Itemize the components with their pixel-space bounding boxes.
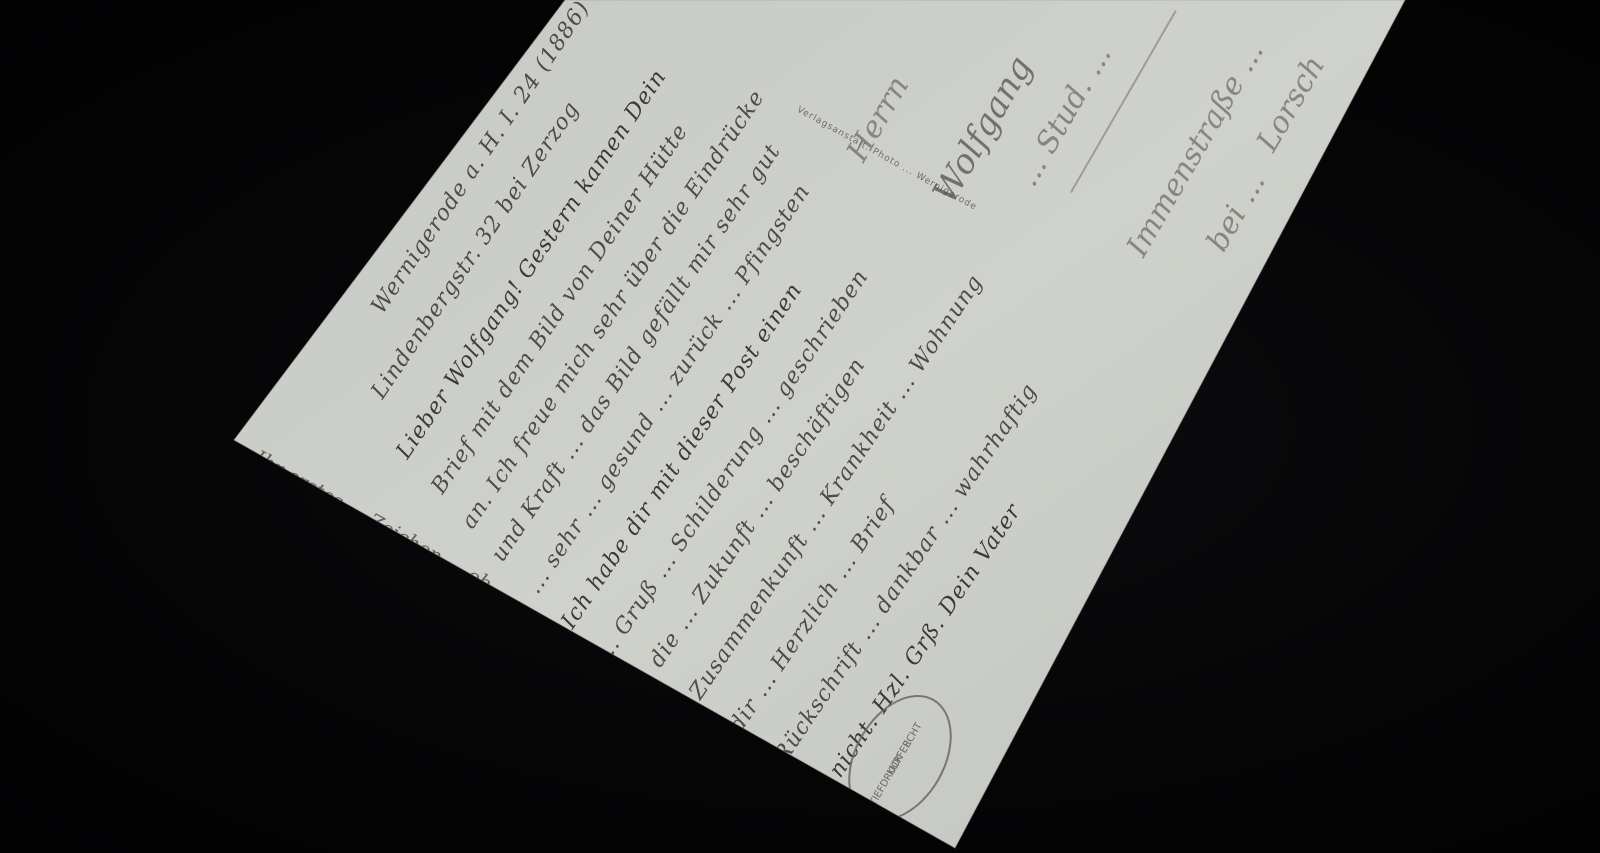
stamp-line: TIEFDRUCK — [867, 752, 907, 808]
